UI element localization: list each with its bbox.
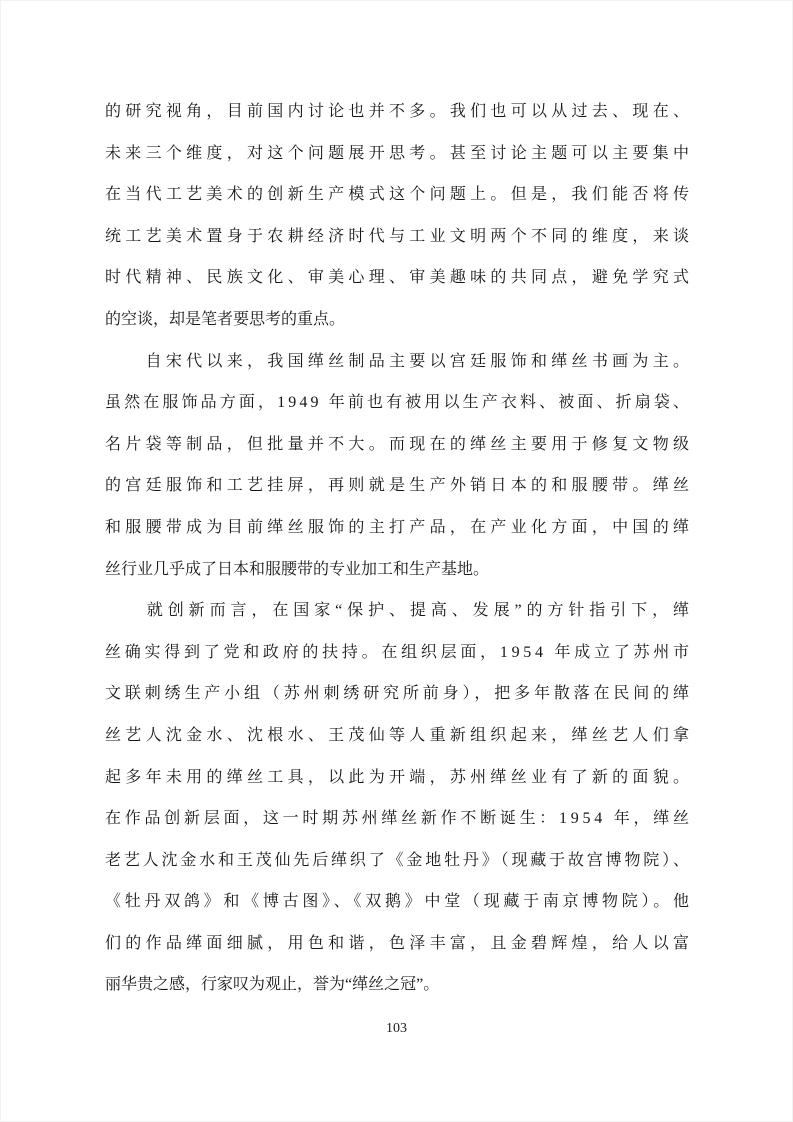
text-line-content: 丝确实得到了党和政府的扶持。在组织层面，1954 年成立了苏州市 — [105, 632, 693, 674]
text-line-content: 自宋代以来，我国缂丝制品主要以宫廷服饰和缂丝书画为主。 — [105, 341, 693, 383]
text-line-content: 丝艺人沈金水、沈根水、王茂仙等人重新组织起来，缂丝艺人们拿 — [105, 715, 693, 757]
text-line: 就创新而言，在国家“保护、提高、发展”的方针指引下，缂 — [105, 590, 689, 632]
body-text: 的研究视角，目前国内讨论也并不多。我们也可以从过去、现在、未来三个维度，对这个问… — [105, 91, 689, 1006]
text-line-content: 统工艺美术置身于农耕经济时代与工业文明两个不同的维度，来谈 — [105, 216, 693, 258]
text-line: 虽然在服饰品方面，1949 年前也有被用以生产衣料、被面、折扇袋、 — [105, 382, 689, 424]
text-line-content: 时代精神、民族文化、审美心理、审美趣味的共同点，避免学究式 — [105, 257, 693, 299]
text-line-content: 文联刺绣生产小组（苏州刺绣研究所前身），把多年散落在民间的缂 — [105, 673, 693, 715]
text-line: 的研究视角，目前国内讨论也并不多。我们也可以从过去、现在、 — [105, 91, 689, 133]
text-line-content: 名片袋等制品，但批量并不大。而现在的缂丝主要用于修复文物级 — [105, 424, 693, 466]
text-line: 在作品创新层面，这一时期苏州缂丝新作不断诞生：1954 年，缂丝 — [105, 798, 689, 840]
text-line-content: 未来三个维度，对这个问题展开思考。甚至讨论主题可以主要集中 — [105, 133, 693, 175]
text-line: 们的作品缂面细腻，用色和谐，色泽丰富，且金碧辉煌，给人以富 — [105, 923, 689, 965]
text-line: 文联刺绣生产小组（苏州刺绣研究所前身），把多年散落在民间的缂 — [105, 673, 689, 715]
text-line-content: 在作品创新层面，这一时期苏州缂丝新作不断诞生：1954 年，缂丝 — [105, 798, 693, 840]
text-line: 的空谈，却是笔者要思考的重点。 — [105, 299, 689, 341]
text-line-content: 丝行业几乎成了日本和服腰带的专业加工和生产基地。 — [105, 549, 489, 591]
text-line: 丝确实得到了党和政府的扶持。在组织层面，1954 年成立了苏州市 — [105, 632, 689, 674]
text-line: 起多年未用的缂丝工具，以此为开端，苏州缂丝业有了新的面貌。 — [105, 757, 689, 799]
text-line-content: 和服腰带成为目前缂丝服饰的主打产品，在产业化方面，中国的缂 — [105, 507, 693, 549]
text-line-content: 在当代工艺美术的创新生产模式这个问题上。但是，我们能否将传 — [105, 174, 693, 216]
text-line-content: 的空谈，却是笔者要思考的重点。 — [105, 299, 345, 341]
text-line-content: 《牡丹双鸽》和《博古图》、《双鹅》中堂（现藏于南京博物院）。他 — [105, 881, 693, 923]
text-line: 未来三个维度，对这个问题展开思考。甚至讨论主题可以主要集中 — [105, 133, 689, 175]
text-line: 老艺人沈金水和王茂仙先后缂织了《金地牡丹》（现藏于故宫博物院）、 — [105, 840, 689, 882]
text-line: 的宫廷服饰和工艺挂屏，再则就是生产外销日本的和服腰带。缂丝 — [105, 465, 689, 507]
text-line: 丝行业几乎成了日本和服腰带的专业加工和生产基地。 — [105, 549, 689, 591]
document-page: 的研究视角，目前国内讨论也并不多。我们也可以从过去、现在、未来三个维度，对这个问… — [0, 0, 793, 1122]
text-line: 和服腰带成为目前缂丝服饰的主打产品，在产业化方面，中国的缂 — [105, 507, 689, 549]
page-number: 103 — [0, 1021, 793, 1037]
text-line-content: 起多年未用的缂丝工具，以此为开端，苏州缂丝业有了新的面貌。 — [105, 757, 693, 799]
text-line: 《牡丹双鸽》和《博古图》、《双鹅》中堂（现藏于南京博物院）。他 — [105, 881, 689, 923]
text-line: 时代精神、民族文化、审美心理、审美趣味的共同点，避免学究式 — [105, 257, 689, 299]
text-line: 统工艺美术置身于农耕经济时代与工业文明两个不同的维度，来谈 — [105, 216, 689, 258]
text-line-content: 虽然在服饰品方面，1949 年前也有被用以生产衣料、被面、折扇袋、 — [105, 382, 692, 424]
text-line: 自宋代以来，我国缂丝制品主要以宫廷服饰和缂丝书画为主。 — [105, 341, 689, 383]
text-line: 名片袋等制品，但批量并不大。而现在的缂丝主要用于修复文物级 — [105, 424, 689, 466]
text-line: 丝艺人沈金水、沈根水、王茂仙等人重新组织起来，缂丝艺人们拿 — [105, 715, 689, 757]
text-line-content: 的研究视角，目前国内讨论也并不多。我们也可以从过去、现在、 — [105, 91, 693, 133]
text-line-content: 们的作品缂面细腻，用色和谐，色泽丰富，且金碧辉煌，给人以富 — [105, 923, 693, 965]
text-line-content: 丽华贵之感，行家叹为观止，誉为“缂丝之冠”。 — [105, 964, 439, 1006]
text-line: 在当代工艺美术的创新生产模式这个问题上。但是，我们能否将传 — [105, 174, 689, 216]
text-line: 丽华贵之感，行家叹为观止，誉为“缂丝之冠”。 — [105, 964, 689, 1006]
text-line-content: 就创新而言，在国家“保护、提高、发展”的方针指引下，缂 — [105, 590, 694, 632]
text-line-content: 的宫廷服饰和工艺挂屏，再则就是生产外销日本的和服腰带。缂丝 — [105, 465, 693, 507]
text-line-content: 老艺人沈金水和王茂仙先后缂织了《金地牡丹》（现藏于故宫博物院）、 — [105, 840, 692, 882]
